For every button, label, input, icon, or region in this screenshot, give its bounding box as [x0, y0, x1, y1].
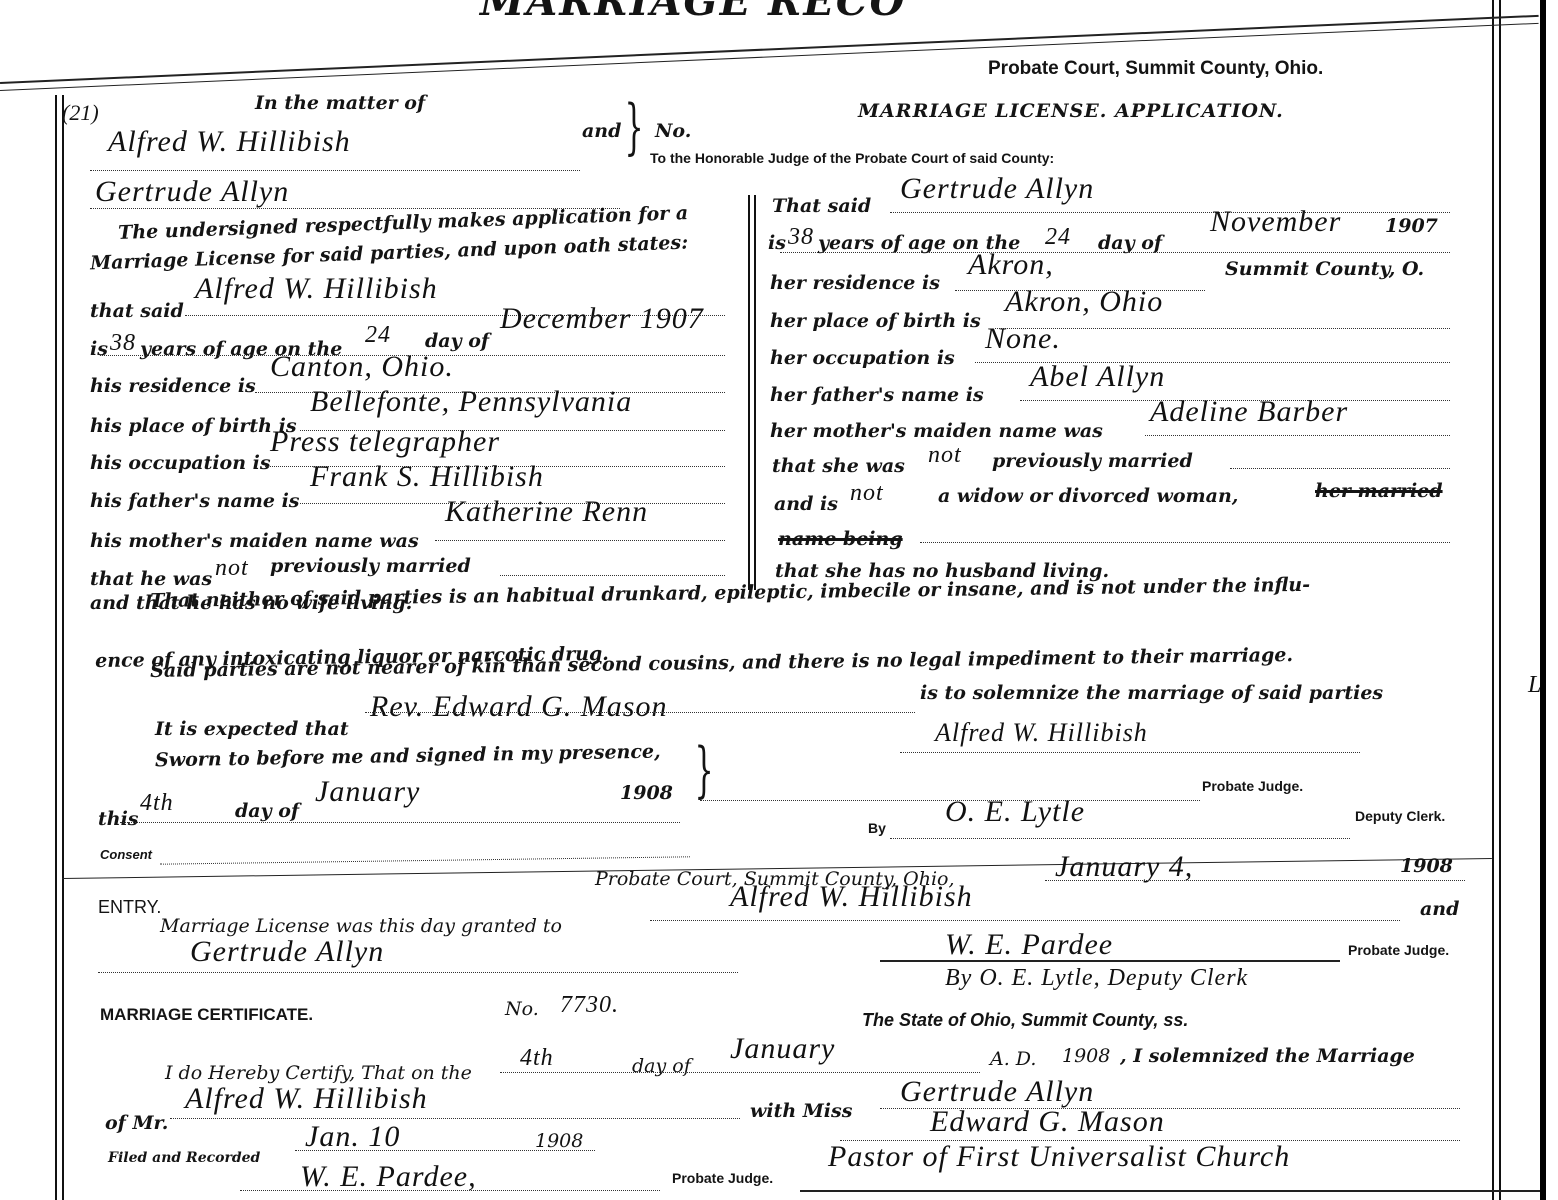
bride-struck-text-1: her married — [1315, 480, 1443, 502]
certificate-groom-line — [170, 1118, 740, 1119]
applicant-signature: Alfred W. Hillibish — [935, 718, 1148, 748]
bride-residence-label: her residence is — [770, 272, 940, 294]
applicant-signature-line — [900, 752, 1360, 753]
clerk-signature: O. E. Lytle — [945, 795, 1085, 829]
entry-bride-value: Gertrude Allyn — [190, 935, 384, 969]
bride-prev-married-value: not — [928, 442, 962, 469]
groom-prev-married-value: not — [215, 555, 249, 582]
groom-prev-married-suffix: previously married — [270, 555, 471, 577]
matter-address: To the Honorable Judge of the Probate Co… — [650, 150, 1054, 166]
page-edge — [1540, 0, 1546, 1200]
bride-occupation-label: her occupation is — [770, 347, 955, 369]
certificate-day-of-label: day of — [632, 1055, 691, 1077]
groom-occupation-label: his occupation is — [90, 452, 271, 474]
certificate-state: The State of Ohio, Summit County, ss. — [862, 1010, 1188, 1031]
matter-brace: } — [625, 92, 644, 162]
entry-date-value: January 4, — [1055, 850, 1193, 884]
sworn-this-label: this — [98, 808, 139, 830]
entry-groom-value: Alfred W. Hillibish — [730, 880, 973, 914]
sworn-line: Sworn to before me and signed in my pres… — [155, 741, 661, 772]
certificate-judge-line — [240, 1190, 660, 1191]
certificate-label: MARRIAGE CERTIFICATE. — [100, 1005, 313, 1025]
matter-bride: Gertrude Allyn — [95, 175, 289, 209]
entry-year-value: 1908 — [1400, 855, 1453, 877]
groom-that-said-value: Alfred W. Hillibish — [195, 272, 438, 306]
bride-prev-married-line — [1230, 468, 1450, 469]
groom-mother-value: Katherine Renn — [445, 495, 648, 529]
groom-birthplace-value: Bellefonte, Pennsylvania — [310, 385, 632, 419]
entry-judge-line — [880, 960, 1340, 962]
bride-residence-suffix: Summit County, O. — [1225, 258, 1424, 280]
left-border-line-inner — [62, 95, 64, 1200]
bride-occupation-value: None. — [985, 322, 1061, 356]
certificate-judge-label: Probate Judge. — [672, 1170, 773, 1186]
bride-birthplace-value: Akron, Ohio — [1005, 285, 1163, 319]
sworn-year-value: 1908 — [620, 782, 673, 804]
right-border-line — [1492, 0, 1494, 1200]
bride-age-line — [780, 252, 1450, 253]
groom-mother-label: his mother's maiden name was — [90, 530, 419, 552]
groom-age-prefix: is — [90, 338, 108, 360]
groom-birthplace-label: his place of birth is — [90, 415, 297, 437]
entry-judge-label: Probate Judge. — [1348, 942, 1449, 958]
certificate-month-value: January — [730, 1032, 835, 1066]
bride-struck-text-2: name being — [778, 528, 903, 550]
certificate-with-label: with Miss — [750, 1100, 852, 1122]
entry-groom-line — [650, 920, 1400, 921]
bride-that-said-line — [890, 212, 1450, 213]
groom-father-label: his father's name is — [90, 490, 300, 512]
entry-and: and — [1420, 898, 1459, 920]
consent-label: Consent — [100, 847, 152, 862]
sworn-date-line — [120, 822, 680, 823]
groom-day-label: day of — [425, 330, 489, 352]
filed-date: Jan. 10 — [305, 1120, 400, 1154]
bride-birthplace-label: her place of birth is — [770, 310, 981, 332]
matter-groom-line — [90, 170, 580, 171]
certificate-day-value: 4th — [520, 1045, 554, 1072]
bride-month-value: November — [1210, 205, 1341, 239]
officiant-title: Pastor of First Universalist Church — [828, 1140, 1290, 1174]
bride-that-said-label: That said — [772, 195, 871, 217]
page-marker: (21) — [62, 100, 99, 126]
bride-widow-suffix: a widow or divorced woman, — [938, 485, 1238, 507]
certificate-number-value: 7730. — [560, 992, 619, 1019]
groom-that-said-label: that said — [90, 300, 184, 322]
bride-prev-married-prefix: that she was — [772, 455, 905, 477]
officiant-value: Rev. Edward G. Mason — [370, 690, 667, 724]
entry-bride-line — [98, 972, 738, 973]
matter-label: In the matter of — [255, 92, 425, 114]
bride-birthplace-line — [995, 328, 1450, 329]
filed-date-line — [295, 1150, 595, 1151]
consent-line — [160, 856, 690, 864]
groom-prev-married-line — [500, 575, 725, 576]
bride-widow-value: not — [850, 480, 884, 507]
sworn-month-value: January — [315, 775, 420, 809]
column-divider — [748, 195, 750, 590]
groom-residence-value: Canton, Ohio. — [270, 350, 454, 384]
form-title: MARRIAGE LICENSE. APPLICATION. — [858, 100, 1284, 122]
groom-mother-line — [435, 540, 725, 541]
groom-age-value: 38 — [110, 330, 136, 357]
filed-year: 1908 — [535, 1130, 583, 1152]
bride-married-name-line — [920, 542, 1450, 543]
bride-father-label: her father's name is — [770, 384, 984, 406]
groom-residence-label: his residence is — [90, 375, 256, 397]
certificate-ad-label: A. D. — [990, 1048, 1036, 1070]
groom-prev-married-prefix: that he was — [90, 568, 212, 590]
bride-mother-line — [1145, 435, 1450, 436]
certificate-judge-signature: W. E. Pardee, — [300, 1160, 477, 1194]
bride-year-value: 1907 — [1385, 215, 1438, 237]
bride-widow-prefix: and is — [774, 493, 838, 515]
court-heading: Probate Court, Summit County, Ohio. — [988, 58, 1323, 80]
filed-label: Filed and Recorded — [108, 1150, 260, 1166]
groom-month-year-value: December 1907 — [500, 302, 704, 336]
sworn-clerk-label: Deputy Clerk. — [1355, 808, 1445, 824]
bride-day-label: day of — [1098, 232, 1162, 254]
column-divider-inner — [754, 195, 756, 590]
entry-granted-label: Marriage License was this day granted to — [160, 915, 562, 937]
certificate-solemnized: , I solemnized the Marriage — [1120, 1045, 1415, 1067]
entry-by-clerk: By O. E. Lytle, Deputy Clerk — [945, 965, 1248, 992]
bride-mother-label: her mother's maiden name was — [770, 420, 1103, 442]
bride-mother-value: Adeline Barber — [1150, 395, 1348, 429]
certify-prefix: I do Hereby Certify, That on the — [165, 1062, 472, 1084]
entry-label: ENTRY. — [98, 897, 161, 918]
declaration-line-1: That neither of said parties is an habit… — [150, 574, 1310, 612]
bride-age-value: 38 — [788, 224, 814, 251]
right-border-line-inner — [1499, 0, 1501, 1200]
certificate-bride-value: Gertrude Allyn — [900, 1075, 1094, 1109]
officiant-suffix: is to solemnize the marriage of said par… — [920, 682, 1383, 704]
certificate-year-value: 1908 — [1062, 1045, 1110, 1067]
officiant-line — [365, 712, 915, 713]
sworn-judge-label: Probate Judge. — [1202, 778, 1303, 794]
matter-no-label: No. — [655, 120, 691, 142]
officiant-prefix: It is expected that — [155, 718, 349, 740]
sworn-by-label: By — [868, 820, 886, 836]
certificate-number-label: No. — [505, 998, 539, 1020]
bride-age-prefix: is — [768, 232, 786, 254]
left-border-line — [55, 95, 57, 1200]
groom-occupation-value: Press telegrapher — [270, 425, 500, 459]
officiant-signature: Edward G. Mason — [930, 1105, 1165, 1139]
margin-mark: L — [1528, 672, 1542, 699]
sworn-day-of-label: day of — [235, 800, 299, 822]
entry-date-line — [1045, 880, 1465, 881]
sworn-day-value: 4th — [140, 790, 174, 817]
certificate-of-mr-label: of Mr. — [105, 1112, 168, 1134]
bride-father-value: Abel Allyn — [1030, 360, 1165, 394]
certificate-date-line — [500, 1072, 980, 1073]
top-rule-2 — [0, 23, 1539, 91]
bottom-rule — [800, 1190, 1540, 1192]
bride-prev-married-suffix: previously married — [992, 450, 1193, 472]
bride-day-value: 24 — [1045, 224, 1071, 251]
clerk-line — [890, 838, 1350, 839]
certificate-groom-value: Alfred W. Hillibish — [185, 1082, 428, 1116]
entry-judge-signature: W. E. Pardee — [945, 928, 1113, 962]
matter-groom: Alfred W. Hillibish — [108, 125, 351, 159]
bride-that-said-value: Gertrude Allyn — [900, 172, 1094, 206]
sworn-brace: } — [695, 735, 714, 805]
page-title: MARRIAGE RECO — [480, 0, 907, 25]
matter-and: and — [582, 120, 621, 142]
groom-day-value: 24 — [365, 322, 391, 349]
groom-father-value: Frank S. Hillibish — [310, 460, 544, 494]
bride-residence-value: Akron, — [968, 248, 1054, 282]
